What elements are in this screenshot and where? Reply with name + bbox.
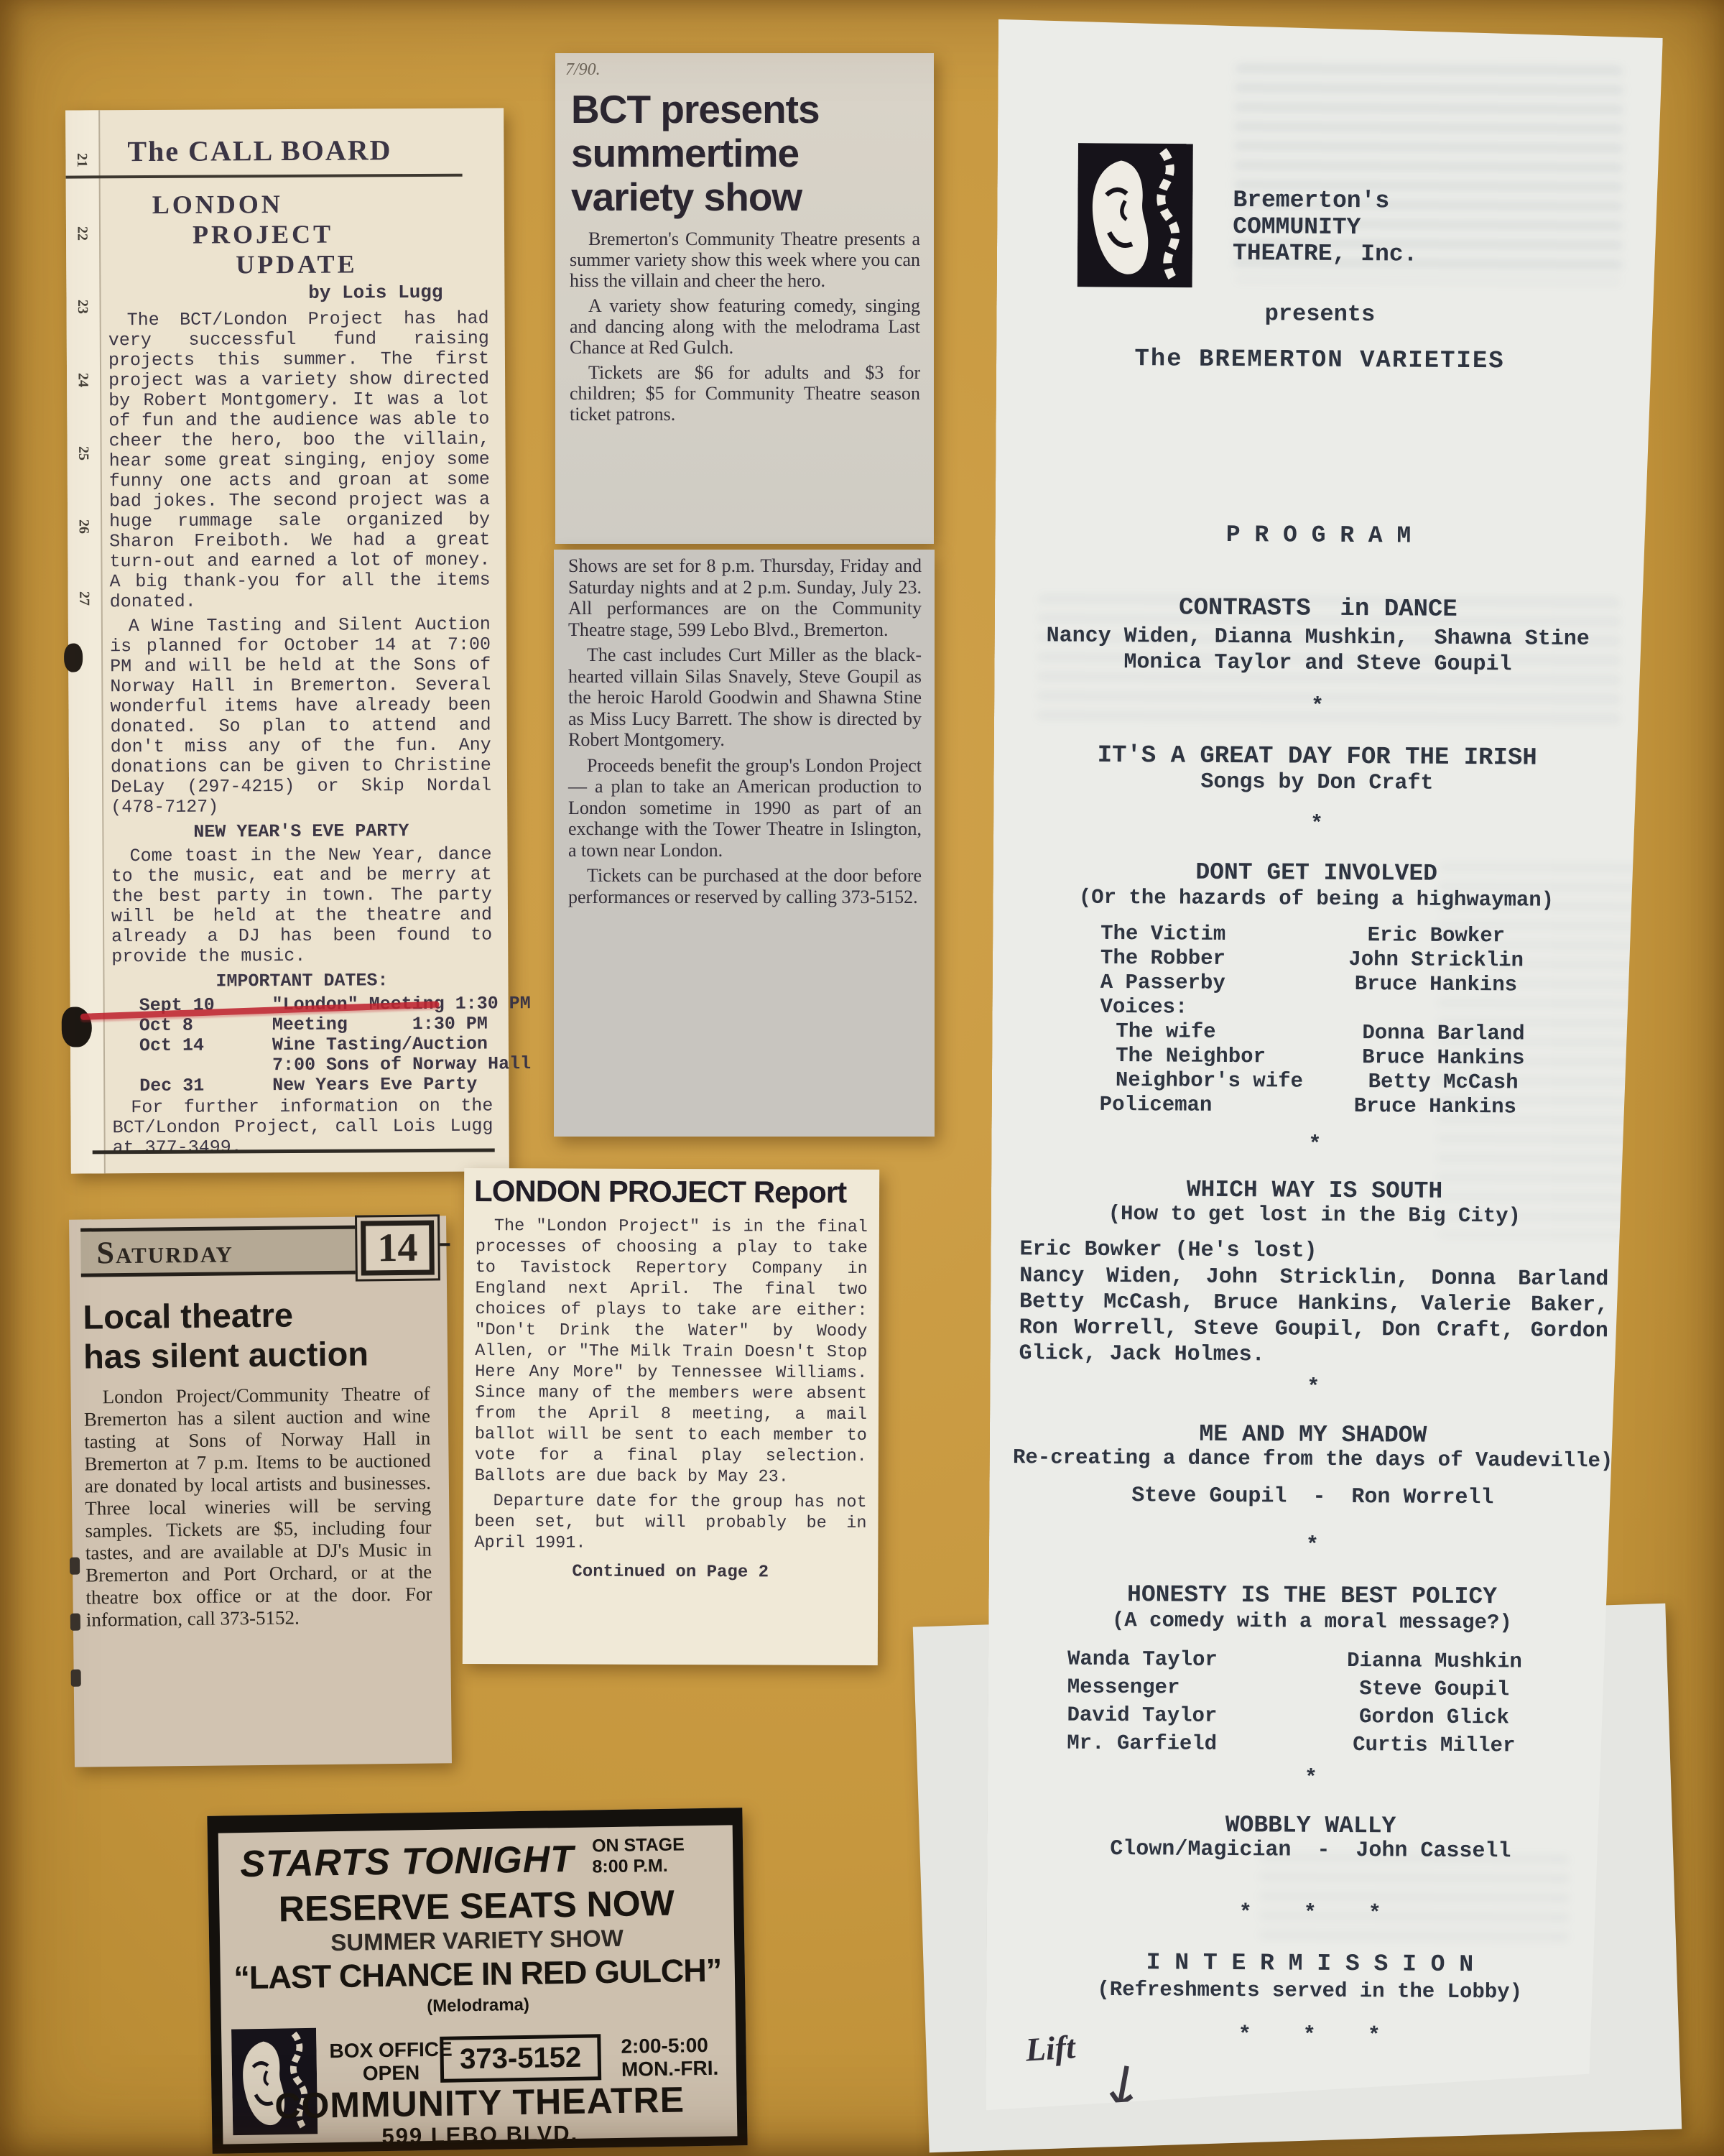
cast-name: Donna Barland <box>1327 1021 1560 1046</box>
cast-row: Mr. GarfieldCurtis Miller <box>1067 1731 1570 1762</box>
date: Oct 8 <box>112 1015 272 1036</box>
event: Meeting 1:30 PM <box>272 1014 488 1036</box>
paragraph: A Wine Tasting and Silent Auction is pla… <box>110 615 491 818</box>
presents-label: presents <box>1004 299 1636 329</box>
cast-name: Bruce Hankins <box>1311 1094 1560 1119</box>
cast-role: The wife <box>1100 1019 1327 1045</box>
ruler-number: 21 <box>73 147 90 173</box>
cast-name: Bruce Hankins <box>1327 1045 1560 1070</box>
on-stage-label: ON STAGE <box>592 1834 685 1856</box>
article-headline: LONDON PROJECT Report <box>474 1174 846 1210</box>
cast-role: Wanda Taylor <box>1067 1647 1299 1672</box>
clipping-bct-variety-show-top: 7/90. BCT presents summertime variety sh… <box>555 53 934 544</box>
showtime-label: 8:00 P.M. <box>592 1855 685 1877</box>
subhead-new-years-party: NEW YEAR'S EVE PARTY <box>111 820 491 844</box>
paragraph: Shows are set for 8 p.m. Thursday, Frida… <box>568 555 922 640</box>
continued-note: Continued on Page 2 <box>463 1562 878 1583</box>
cast-role: A Passerby <box>1100 971 1312 996</box>
act-title: DONT GET INVOLVED <box>1001 858 1633 888</box>
program-heading: P R O G R A M <box>1002 520 1634 550</box>
article-title-line: PROJECT <box>193 218 488 250</box>
cast-name: Eric Bowker <box>1312 923 1560 948</box>
cast-role: The Neighbor <box>1100 1044 1327 1069</box>
paragraph: The cast includes Curt Miller as the bla… <box>568 644 922 751</box>
date: Dec 31 <box>112 1075 272 1096</box>
cast-role: The Victim <box>1100 922 1312 947</box>
org-name-line: Bremerton's <box>1233 187 1418 215</box>
ink-blot <box>64 643 83 672</box>
hours-label: 2:00-5:00 <box>621 2034 718 2058</box>
program-sheet: Bremerton's COMMUNITY THEATRE, Inc. pres… <box>986 13 1663 2129</box>
handwritten-lift-note: Lift <box>1024 2027 1076 2068</box>
act-performers: Monica Taylor and Steve Goupil <box>1001 649 1633 677</box>
act-performers: Steve Goupil - Ron Worrell <box>996 1483 1628 1511</box>
paragraph: The BCT/London Project has had very succ… <box>108 309 491 613</box>
cast-name: Betty McCash <box>1327 1070 1560 1095</box>
show-title: The BREMERTON VARIETIES <box>1004 345 1636 376</box>
event: New Years Eve Party <box>272 1075 477 1096</box>
cast-name: Steve Goupil <box>1299 1677 1570 1702</box>
paragraph: London Project/Community Theatre of Brem… <box>83 1383 432 1632</box>
phone-number-box: 373-5152 <box>440 2034 601 2083</box>
cast-row: MessengerSteve Goupil <box>1067 1675 1570 1706</box>
cast-role: Neighbor's wife <box>1100 1068 1327 1093</box>
cast-row: David TaylorGordon Glick <box>1067 1703 1570 1734</box>
event: Wine Tasting/Auction <box>272 1035 488 1056</box>
article-headline-line: Local theatre <box>83 1294 369 1336</box>
cast-role: The Robber <box>1100 946 1312 971</box>
paragraph: A variety show featuring comedy, singing… <box>570 295 920 358</box>
ruler-number: 27 <box>75 586 92 611</box>
article-title-line: UPDATE <box>236 249 488 280</box>
paragraph: Bremerton's Community Theatre presents a… <box>570 228 920 291</box>
ruler-number: 22 <box>73 221 90 246</box>
article-headline-line: has silent auction <box>83 1333 369 1376</box>
ruler-number: 24 <box>75 367 91 393</box>
genre-label: (Melodrama) <box>221 1991 735 2019</box>
date: Oct 14 <box>112 1035 272 1056</box>
act-performers: Nancy Widen, Dianna Mushkin, Shawna Stin… <box>1002 624 1634 652</box>
intermission-heading: I N T E R M I S S I O N <box>993 1948 1626 1979</box>
cast-row: The NeighborBruce Hankins <box>1100 1044 1560 1071</box>
act-subtitle: (A comedy with a moral message?) <box>996 1608 1628 1635</box>
date <box>112 1055 272 1076</box>
act-title: HONESTY IS THE BEST POLICY <box>996 1581 1628 1611</box>
paragraph: The "London Project" is in the final pro… <box>475 1216 868 1488</box>
cast-role: Policeman <box>1100 1093 1312 1118</box>
byline: by Lois Lugg <box>108 282 442 305</box>
star-ornament: * <box>1001 810 1633 838</box>
act-title: IT'S A GREAT DAY FOR THE IRISH <box>1001 741 1633 772</box>
cast-row: Wanda TaylorDianna Mushkin <box>1067 1647 1570 1678</box>
edge-mark <box>70 1614 80 1631</box>
clipping-silent-auction: Saturday 14 Local theatre has silent auc… <box>69 1216 452 1767</box>
cast-row: Voices: <box>1100 995 1560 1022</box>
cast-row: The RobberJohn Stricklin <box>1100 946 1560 973</box>
date-row: Dec 31New Years Eve Party <box>112 1075 493 1097</box>
cast-row: Neighbor's wifeBetty McCash <box>1100 1068 1560 1096</box>
ink-bleed-through <box>1260 1854 1570 1942</box>
day-label: Saturday <box>80 1233 233 1271</box>
date-number: 14 <box>361 1220 435 1275</box>
org-name-line: THEATRE, Inc. <box>1233 240 1418 268</box>
paragraph: Departure date for the group has not bee… <box>474 1491 866 1555</box>
star-ornament: * <box>995 1764 1627 1792</box>
ruler-number: 25 <box>75 440 91 466</box>
cast-row: The VictimEric Bowker <box>1100 922 1560 949</box>
act-subtitle: Clown/Magician - John Cassell <box>994 1836 1626 1864</box>
star-ornament: * <box>1001 693 1633 721</box>
starts-tonight-headline: STARTS TONIGHT <box>240 1838 575 1886</box>
subhead-important-dates: IMPORTANT DATES: <box>111 970 492 994</box>
cast-row: The wifeDonna Barland <box>1100 1019 1560 1047</box>
handwritten-date: 7/90. <box>565 60 601 80</box>
cast-role: Messenger <box>1067 1675 1299 1701</box>
clipping-call-board: 21 22 23 24 25 26 27 The CALL BOARD LOND… <box>65 108 509 1173</box>
cast-role: David Taylor <box>1067 1703 1298 1729</box>
show-title: “LAST CHANCE IN RED GULCH” <box>220 1951 735 1997</box>
ruler-number: 26 <box>75 514 92 540</box>
article-title-line: LONDON <box>152 188 488 220</box>
date-row: 7:00 Sons of Norway Hall <box>112 1055 493 1077</box>
cast-row: PolicemanBruce Hankins <box>1100 1093 1560 1120</box>
paragraph: Tickets are $6 for adults and $3 for chi… <box>570 362 920 425</box>
org-name-line: COMMUNITY <box>1233 213 1418 241</box>
edge-mark <box>71 1670 81 1687</box>
clipping-theatre-ad: STARTS TONIGHT ON STAGE 8:00 P.M. RESERV… <box>207 1808 747 2154</box>
star-ornament-row: * * * <box>993 2022 1626 2050</box>
cast-name: Gordon Glick <box>1298 1705 1570 1730</box>
act-title: CONTRASTS in DANCE <box>1002 593 1634 624</box>
clipping-bct-variety-show-bottom: Shows are set for 8 p.m. Thursday, Frida… <box>554 550 935 1137</box>
calendar-date-box: 14 <box>355 1214 440 1281</box>
paragraph: Tickets can be purchased at the door bef… <box>568 865 922 907</box>
act-subtitle: (How to get lost in the Big City) <box>998 1201 1631 1229</box>
act-subtitle: Re-creating a dance from the days of Vau… <box>997 1445 1629 1473</box>
paragraph: Come toast in the New Year, dance to the… <box>111 845 492 968</box>
cast-name: Dianna Mushkin <box>1299 1649 1570 1674</box>
event: 7:00 Sons of Norway Hall <box>272 1054 531 1075</box>
cast-name <box>1312 1014 1560 1015</box>
date-row: Oct 14Wine Tasting/Auction <box>112 1035 493 1057</box>
act-subtitle: Songs by Don Craft <box>1001 769 1633 797</box>
cast-name: Bruce Hankins <box>1312 972 1560 997</box>
act-subtitle: (Or the hazards of being a highwayman) <box>1000 885 1632 912</box>
cast-role: Mr. Garfield <box>1067 1731 1298 1757</box>
hours-label: MON.-FRI. <box>621 2057 719 2081</box>
star-ornament-row: * * * <box>994 1900 1626 1928</box>
theatre-masks-logo-icon <box>1077 142 1193 290</box>
box-office-label: BOX OFFICE <box>329 2038 453 2063</box>
date-row: Oct 8Meeting 1:30 PM <box>112 1014 493 1037</box>
cast-row: A PasserbyBruce Hankins <box>1100 971 1560 998</box>
edge-mark <box>70 1558 80 1575</box>
star-ornament: * <box>996 1532 1628 1560</box>
star-ornament: * <box>998 1131 1631 1159</box>
clipping-london-project-report: LONDON PROJECT Report The "London Projec… <box>463 1168 879 1665</box>
cast-name: Curtis Miller <box>1298 1733 1570 1758</box>
divider <box>66 174 463 179</box>
act-lead: Eric Bowker (He's lost) <box>1019 1237 1317 1264</box>
ruler-number: 23 <box>74 294 91 320</box>
article-headline: BCT presents summertime variety show <box>571 88 909 219</box>
intermission-subtitle: (Refreshments served in the Lobby) <box>993 1977 1626 2004</box>
calendar-day-band: Saturday <box>80 1225 369 1277</box>
scrapbook-page: 21 22 23 24 25 26 27 The CALL BOARD LOND… <box>0 0 1724 2156</box>
star-ornament: * <box>997 1374 1629 1402</box>
act-ensemble: Nancy Widen, John Stricklin, Donna Barla… <box>1019 1263 1608 1370</box>
paragraph: Proceeds benefit the group's London Proj… <box>568 755 922 861</box>
cast-role: Voices: <box>1100 995 1312 1020</box>
cast-name: John Stricklin <box>1312 948 1560 973</box>
newsletter-title: The CALL BOARD <box>127 133 488 169</box>
